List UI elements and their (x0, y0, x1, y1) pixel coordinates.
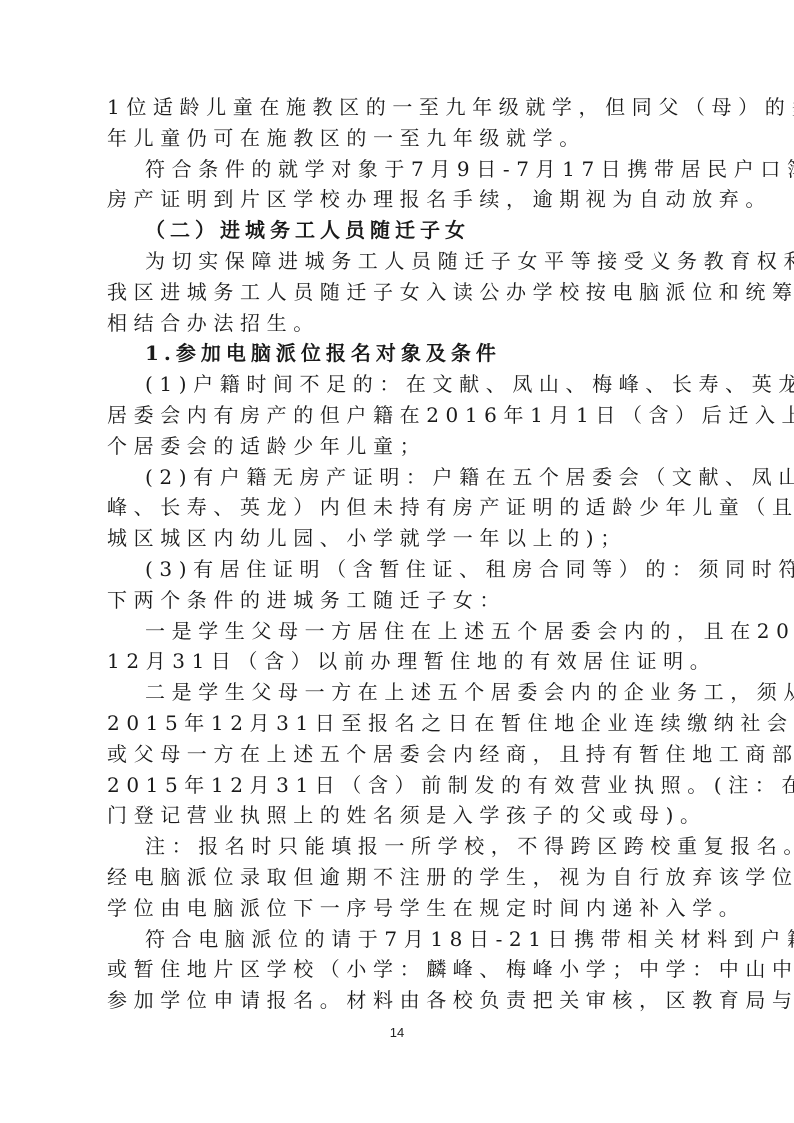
document-page: 1位适龄儿童在施教区的一至九年级就学，但同父（母）的多个少年儿童仍可在施教区的一… (107, 92, 699, 1016)
page-number: 14 (0, 1025, 794, 1040)
paragraph-line: 参加学位申请报名。材料由各校负责把关审核，区教育局与区招 (107, 985, 699, 1016)
paragraph-line: 1位适龄儿童在施教区的一至九年级就学，但同父（母）的多个少 (107, 92, 699, 123)
paragraph-line: 城区城区内幼儿园、小学就学一年以上的)； (107, 523, 699, 554)
paragraph-line: 门登记营业执照上的姓名须是入学孩子的父或母)。 (107, 800, 699, 831)
paragraph-line: 我区进城务工人员随迁子女入读公办学校按电脑派位和统筹安排 (107, 277, 699, 308)
paragraph-line: 12月31日（含）以前办理暂住地的有效居住证明。 (107, 646, 699, 677)
paragraph-line: 个居委会的适龄少年儿童； (107, 431, 699, 462)
paragraph-line: (2)有户籍无房产证明：户籍在五个居委会（文献、凤山、梅 (107, 462, 699, 493)
paragraph-line: 符合条件的就学对象于7月9日-7月17日携带居民户口簿和 (107, 154, 699, 185)
paragraph-line: 注：报名时只能填报一所学校，不得跨区跨校重复报名。凡 (107, 831, 699, 862)
paragraph-line: 2015年12月31日（含）前制发的有效营业执照。(注：在工商部 (107, 770, 699, 801)
paragraph-line: 年儿童仍可在施教区的一至九年级就学。 (107, 123, 699, 154)
paragraph-line: 学位由电脑派位下一序号学生在规定时间内递补入学。 (107, 893, 699, 924)
paragraph-line: 2015年12月31日至报名之日在暂住地企业连续缴纳社会保险； (107, 708, 699, 739)
paragraph-line: (3)有居住证明（含暂住证、租房合同等）的：须同时符合以 (107, 554, 699, 585)
paragraph-line: (1)户籍时间不足的：在文献、凤山、梅峰、长寿、英龙五个 (107, 369, 699, 400)
paragraph-line: 符合电脑派位的请于7月18日-21日携带相关材料到户籍地 (107, 924, 699, 955)
paragraph-line: 或暂住地片区学校（小学：麟峰、梅峰小学；中学：中山中学） (107, 954, 699, 985)
paragraph-line: 峰、长寿、英龙）内但未持有房产证明的适龄少年儿童（且在荔 (107, 492, 699, 523)
paragraph-line: 二是学生父母一方在上述五个居委会内的企业务工，须从 (107, 677, 699, 708)
section-heading: （二）进城务工人员随迁子女 (107, 215, 699, 246)
section-heading: 1.参加电脑派位报名对象及条件 (107, 338, 699, 369)
paragraph-line: 经电脑派位录取但逾期不注册的学生，视为自行放弃该学位，该 (107, 862, 699, 893)
paragraph-line: 或父母一方在上述五个居委会内经商，且持有暂住地工商部门于 (107, 739, 699, 770)
paragraph-line: 为切实保障进城务工人员随迁子女平等接受义务教育权利， (107, 246, 699, 277)
paragraph-line: 房产证明到片区学校办理报名手续，逾期视为自动放弃。 (107, 184, 699, 215)
paragraph-line: 居委会内有房产的但户籍在2016年1月1日（含）后迁入上述五 (107, 400, 699, 431)
paragraph-line: 相结合办法招生。 (107, 308, 699, 339)
paragraph-line: 一是学生父母一方居住在上述五个居委会内的，且在2015年 (107, 616, 699, 647)
paragraph-line: 下两个条件的进城务工随迁子女： (107, 585, 699, 616)
